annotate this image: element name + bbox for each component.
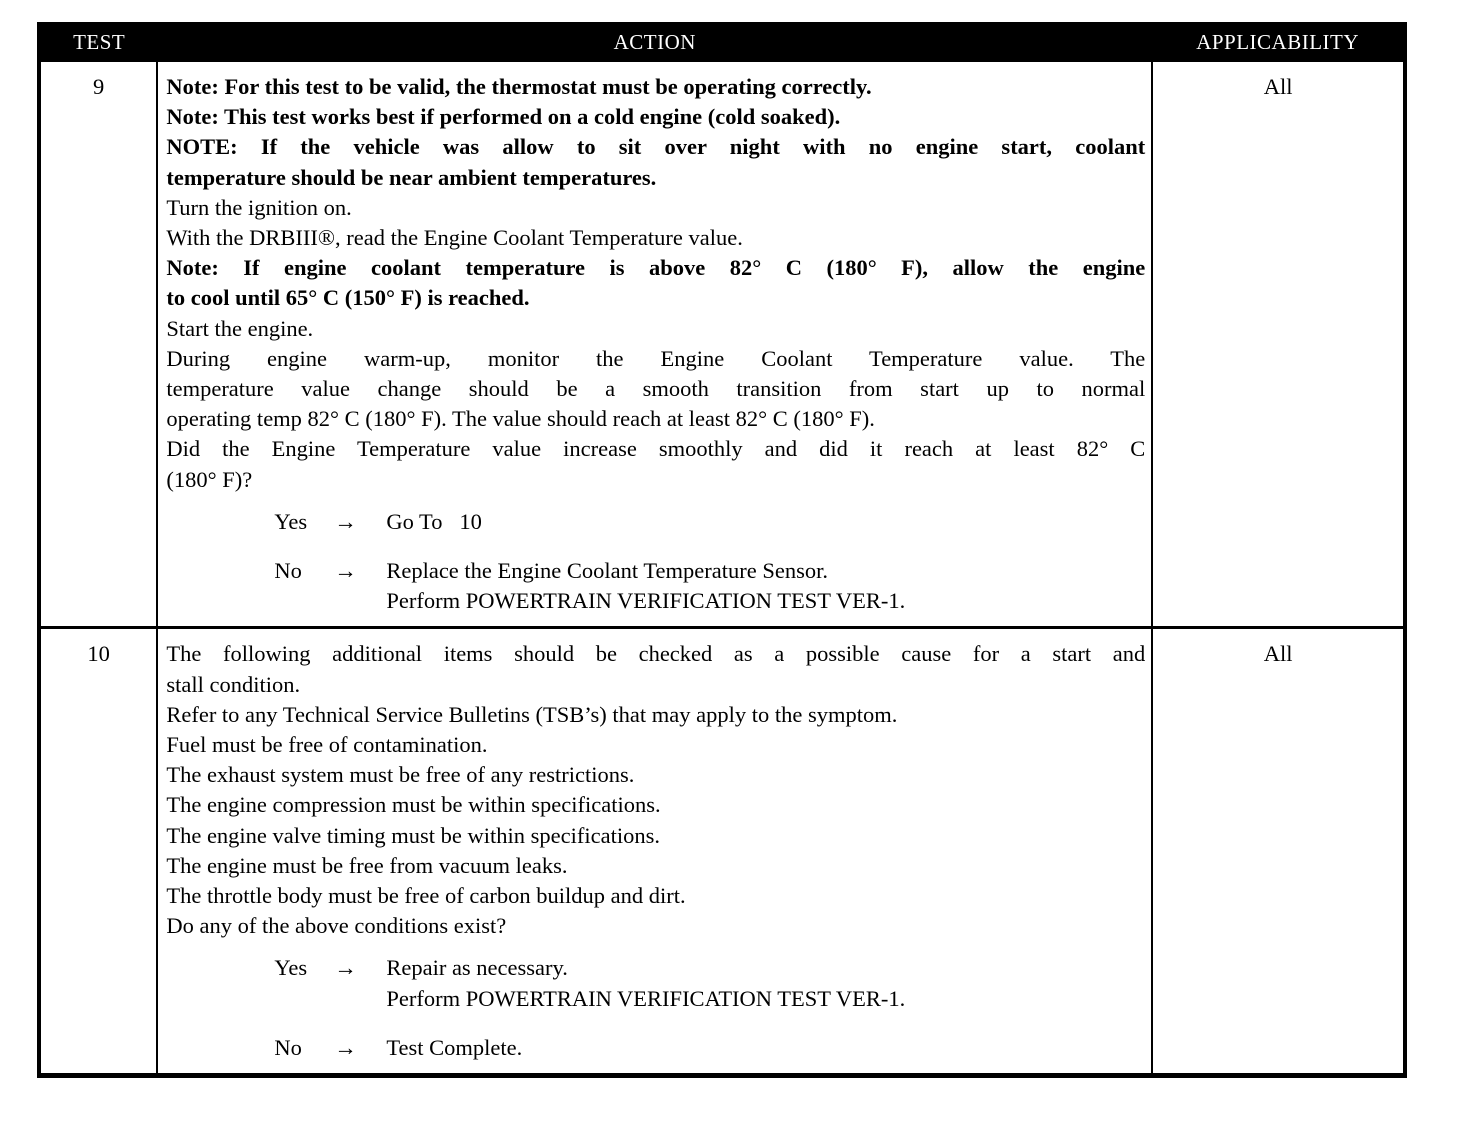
action-cell: The following additional items should be… [157,628,1152,1076]
outcome-line: Repair as necessary. [386,953,1145,983]
outcome-line: Perform POWERTRAIN VERIFICATION TEST VER… [386,586,1145,616]
outcome-line: Test Complete. [386,1033,1145,1063]
action-line: Note: This test works best if performed … [166,102,1145,132]
action-line: The throttle body must be free of carbon… [166,881,1145,911]
action-line: Start the engine. [166,314,1145,344]
arrow-right-icon: → [334,1033,386,1063]
action-line: Refer to any Technical Service Bulletins… [166,700,1145,730]
table-row-test-10: 10 The following additional items should… [39,628,1405,1076]
action-line: NOTE: If the vehicle was allow to sit ov… [166,132,1145,162]
action-line: Do any of the above conditions exist? [166,911,1145,941]
test-number: 9 [39,62,157,628]
branch-label: No [274,1033,334,1063]
outcome-line: Replace the Engine Coolant Temperature S… [386,556,1145,586]
outcome-line: Go To 10 [386,507,1145,537]
result-branch-yes: Yes→Go To 10 [166,507,1145,537]
action-line: The engine must be free from vacuum leak… [166,851,1145,881]
branch-label: Yes [274,507,334,537]
action-line: The following additional items should be… [166,639,1145,669]
action-line: Note: For this test to be valid, the the… [166,72,1145,102]
branch-label: Yes [274,953,334,1013]
action-line: (180° F)? [166,465,1145,495]
applicability: All [1152,628,1405,1076]
action-line: During engine warm-up, monitor the Engin… [166,344,1145,374]
table-header-row: TEST ACTION APPLICABILITY [39,22,1405,62]
applicability: All [1152,62,1405,628]
test-number: 10 [39,628,157,1076]
outcome-line: Perform POWERTRAIN VERIFICATION TEST VER… [386,984,1145,1014]
action-cell: Note: For this test to be valid, the the… [157,62,1152,628]
arrow-right-icon: → [334,953,386,1013]
header-test: TEST [39,22,157,62]
result-branches: Yes→Repair as necessary.Perform POWERTRA… [166,953,1145,1063]
branch-label: No [274,556,334,616]
action-line: to cool until 65° C (150° F) is reached. [166,283,1145,313]
action-line: Note: If engine coolant temperature is a… [166,253,1145,283]
action-line: The engine compression must be within sp… [166,790,1145,820]
result-branch-no: No→Replace the Engine Coolant Temperatur… [166,556,1145,616]
action-line: temperature value change should be a smo… [166,374,1145,404]
action-line: The engine valve timing must be within s… [166,821,1145,851]
header-applicability: APPLICABILITY [1152,22,1405,62]
action-lines: The following additional items should be… [166,639,1145,941]
branch-outcome: Go To 10 [386,507,1145,537]
result-branches: Yes→Go To 10No→Replace the Engine Coolan… [166,507,1145,617]
action-line: operating temp 82° C (180° F). The value… [166,404,1145,434]
result-branch-no: No→Test Complete. [166,1033,1145,1063]
action-line: Turn the ignition on. [166,193,1145,223]
table-row-test-9: 9 Note: For this test to be valid, the t… [39,62,1405,628]
action-line: stall condition. [166,670,1145,700]
action-line: With the DRBIII®, read the Engine Coolan… [166,223,1145,253]
action-line: temperature should be near ambient tempe… [166,163,1145,193]
action-line: The exhaust system must be free of any r… [166,760,1145,790]
action-line: Did the Engine Temperature value increas… [166,434,1145,464]
branch-outcome: Replace the Engine Coolant Temperature S… [386,556,1145,616]
branch-outcome: Test Complete. [386,1033,1145,1063]
diagnostic-test-table: TEST ACTION APPLICABILITY 9 Note: For th… [37,22,1407,1078]
result-branch-yes: Yes→Repair as necessary.Perform POWERTRA… [166,953,1145,1013]
branch-outcome: Repair as necessary.Perform POWERTRAIN V… [386,953,1145,1013]
arrow-right-icon: → [334,507,386,537]
action-line: Fuel must be free of contamination. [166,730,1145,760]
header-action: ACTION [157,22,1152,62]
arrow-right-icon: → [334,556,386,616]
action-lines: Note: For this test to be valid, the the… [166,72,1145,495]
